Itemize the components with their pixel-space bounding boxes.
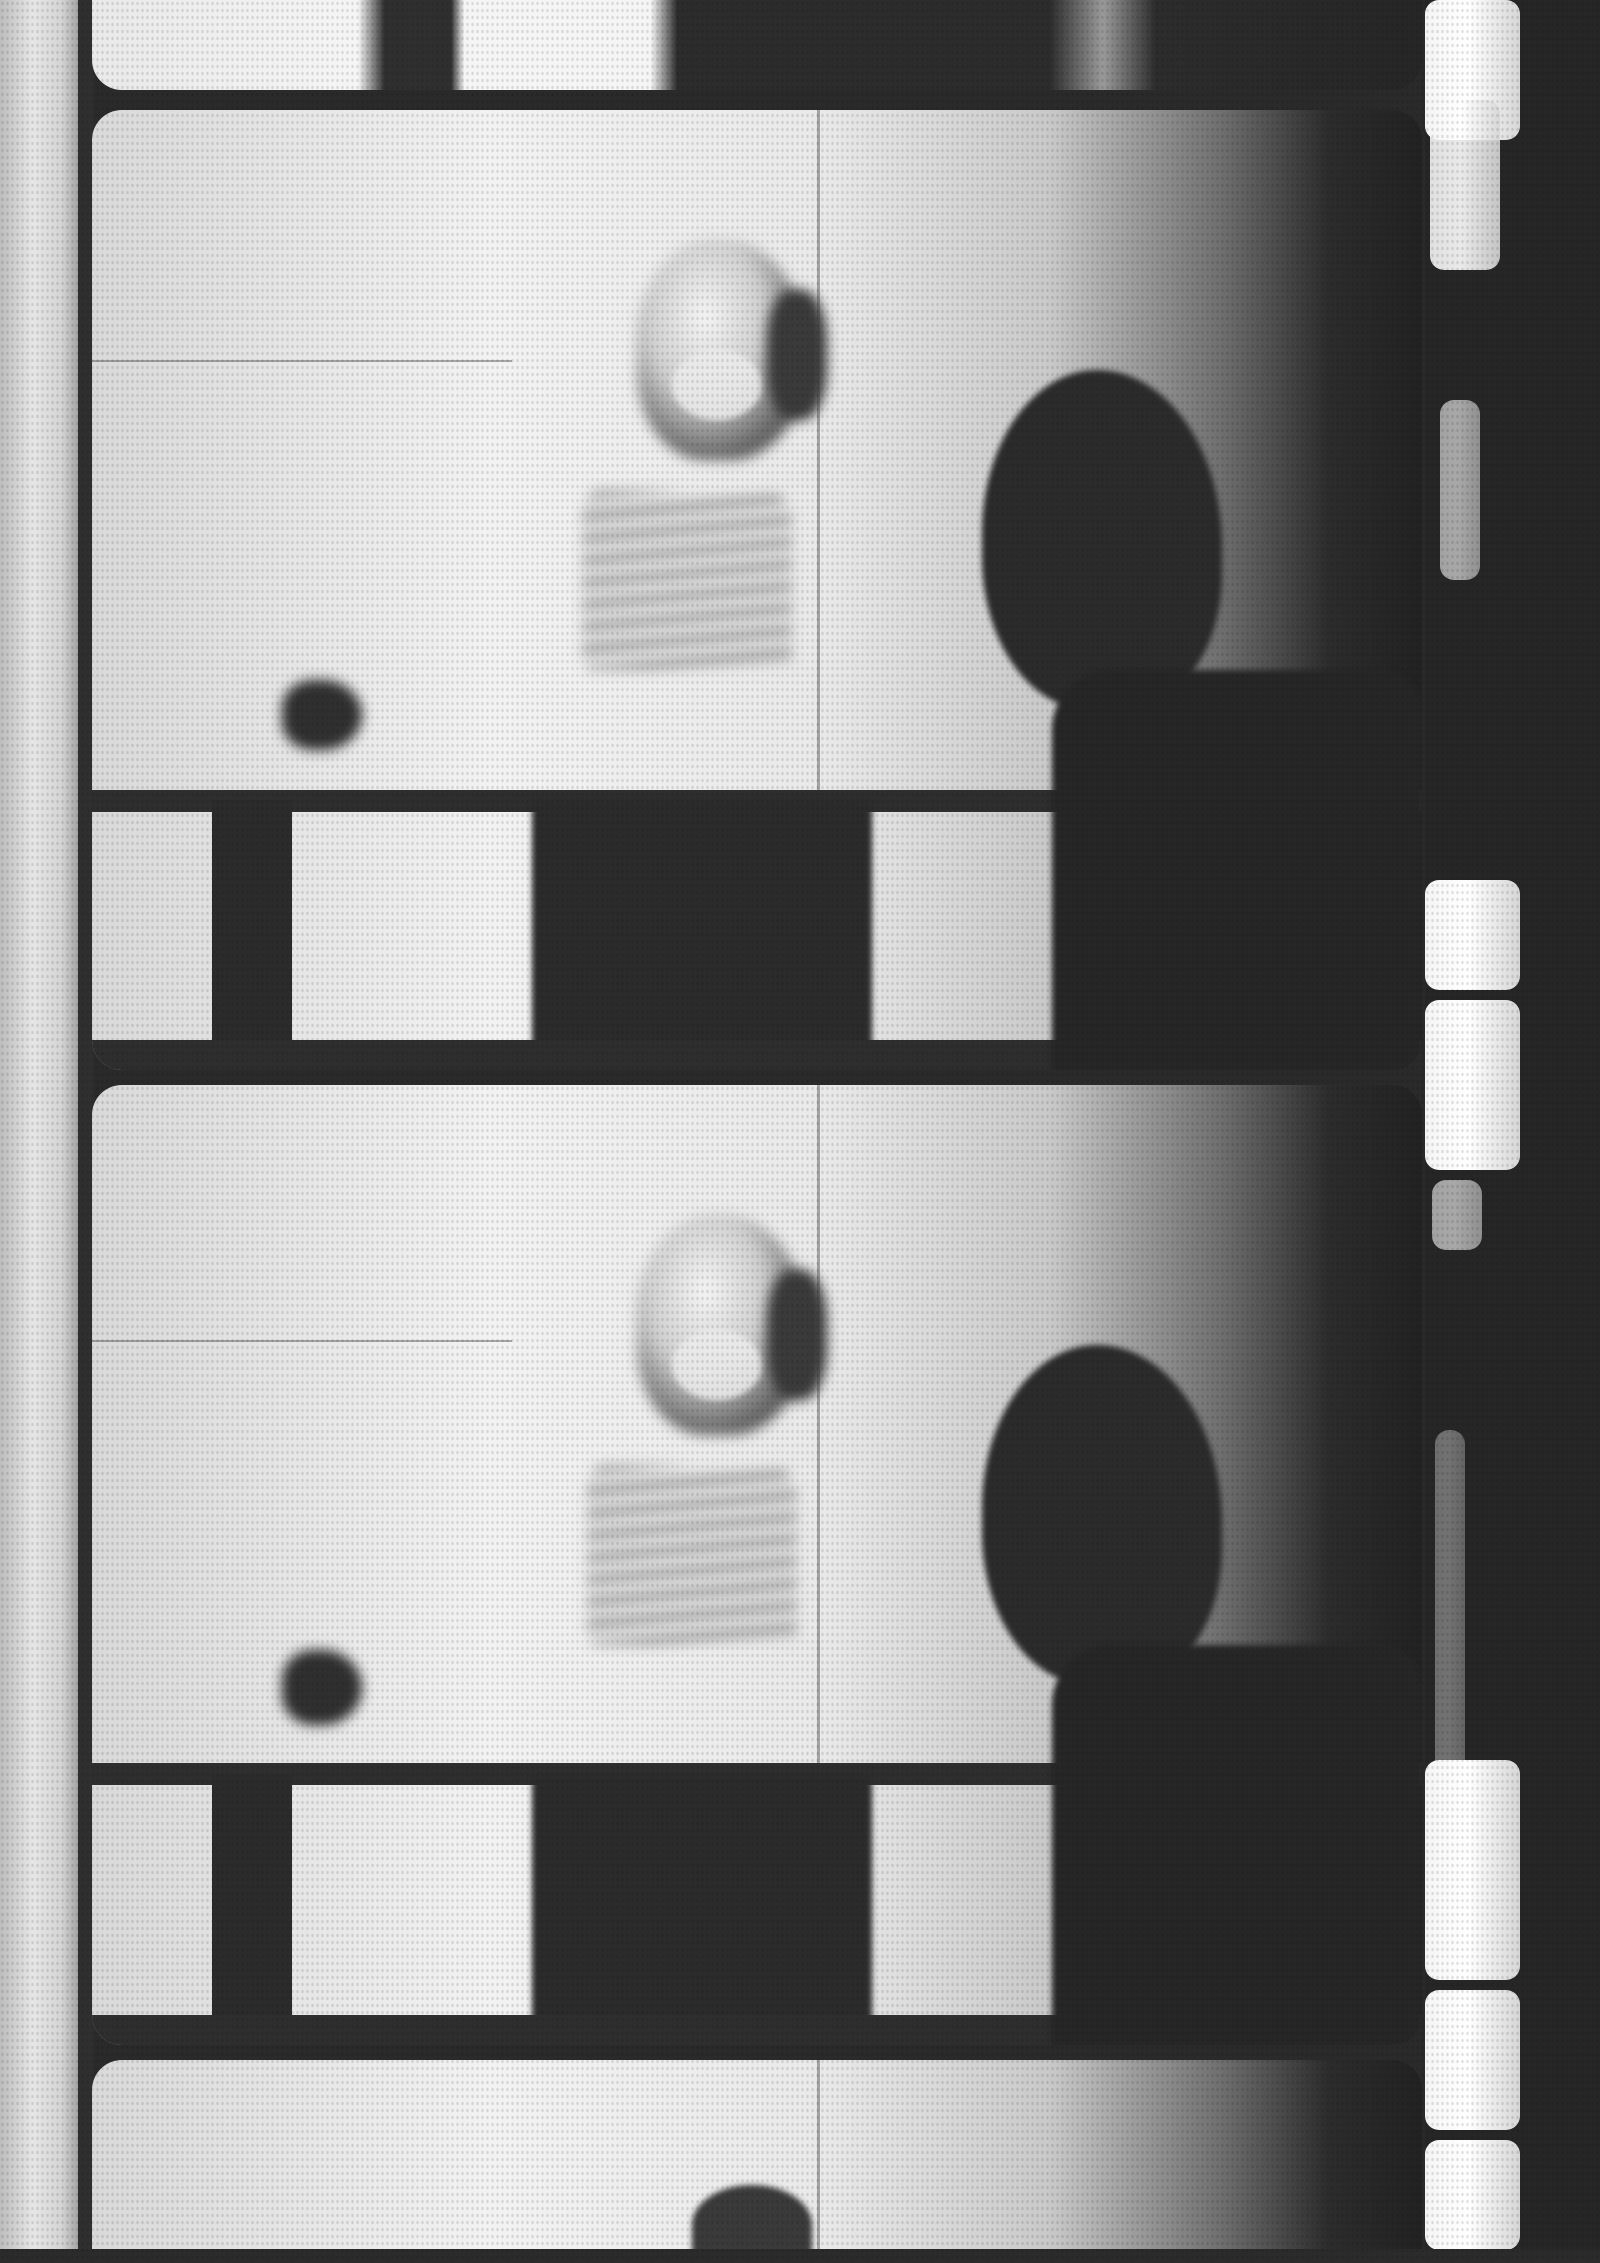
- railing-post: [212, 800, 292, 1070]
- dark-skirt-shadow: [532, 1775, 872, 2045]
- projected-figure-hand: [282, 1650, 362, 1725]
- projected-figure-hair-dark: [767, 1270, 827, 1400]
- wall-seam: [92, 360, 512, 362]
- sprocket-hole: [1425, 1760, 1520, 1980]
- sprocket-hole: [1432, 1180, 1482, 1250]
- wall-seam: [817, 110, 820, 790]
- railing-post: [212, 1775, 292, 2045]
- film-frame-2: [92, 1085, 1422, 2045]
- sprocket-hole: [1425, 1000, 1520, 1170]
- film-strip-photo: [0, 0, 1600, 2263]
- partial-frame-top: [92, 0, 1422, 90]
- sprocket-hole: [1430, 100, 1500, 270]
- sprocket-hole: [1435, 1430, 1465, 1810]
- silhouette-man-body: [1052, 670, 1422, 1070]
- dark-skirt-shadow: [532, 800, 872, 1070]
- film-left-edge: [0, 0, 82, 2263]
- projected-figure-face-light: [672, 350, 762, 420]
- projected-figure-striped-garment: [582, 490, 792, 670]
- projected-figure-hand: [282, 680, 362, 750]
- sprocket-hole: [1440, 400, 1480, 580]
- silhouette-man-body: [1052, 1645, 1422, 2045]
- wall-seam: [817, 1085, 820, 1765]
- sprocket-hole: [1425, 880, 1520, 990]
- wall-seam: [817, 2060, 820, 2250]
- film-frame-1: [92, 110, 1422, 1070]
- partial-frame-bottom: [92, 2060, 1422, 2250]
- sprocket-hole: [1425, 2140, 1520, 2250]
- wall-seam: [92, 1340, 512, 1342]
- film-bottom-edge: [0, 2249, 1600, 2263]
- projected-figure-striped-garment: [587, 1465, 797, 1645]
- sprocket-hole: [1425, 1990, 1520, 2130]
- projected-figure-hair-dark: [767, 290, 827, 420]
- projected-figure-face-light: [672, 1330, 762, 1400]
